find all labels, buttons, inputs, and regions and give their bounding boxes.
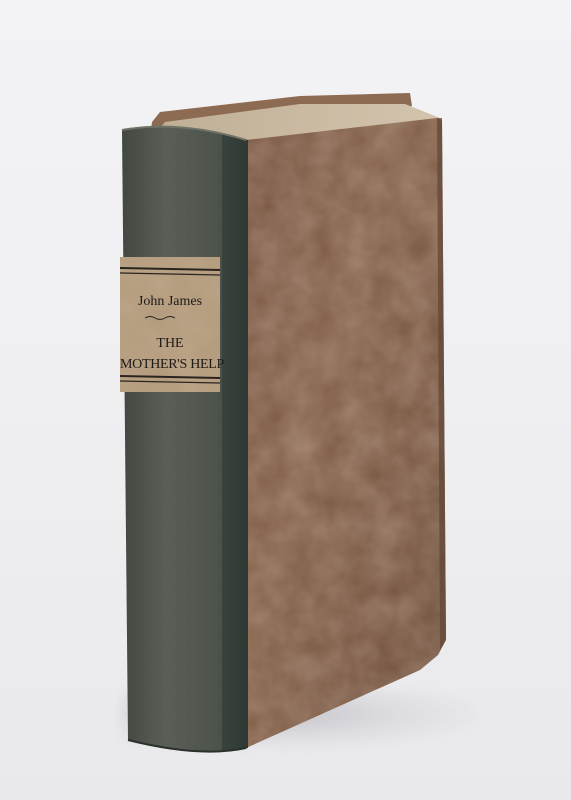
spine-label-title-line1: THE <box>120 336 220 352</box>
book-illustration <box>0 0 571 800</box>
spine-label-author: John James <box>120 294 220 310</box>
spine-label: John James THE MOTHER'S HELP <box>120 257 220 392</box>
photo-scene: John James THE MOTHER'S HELP <box>0 0 571 800</box>
spine-label-title-line2: MOTHER'S HELP <box>120 357 220 373</box>
